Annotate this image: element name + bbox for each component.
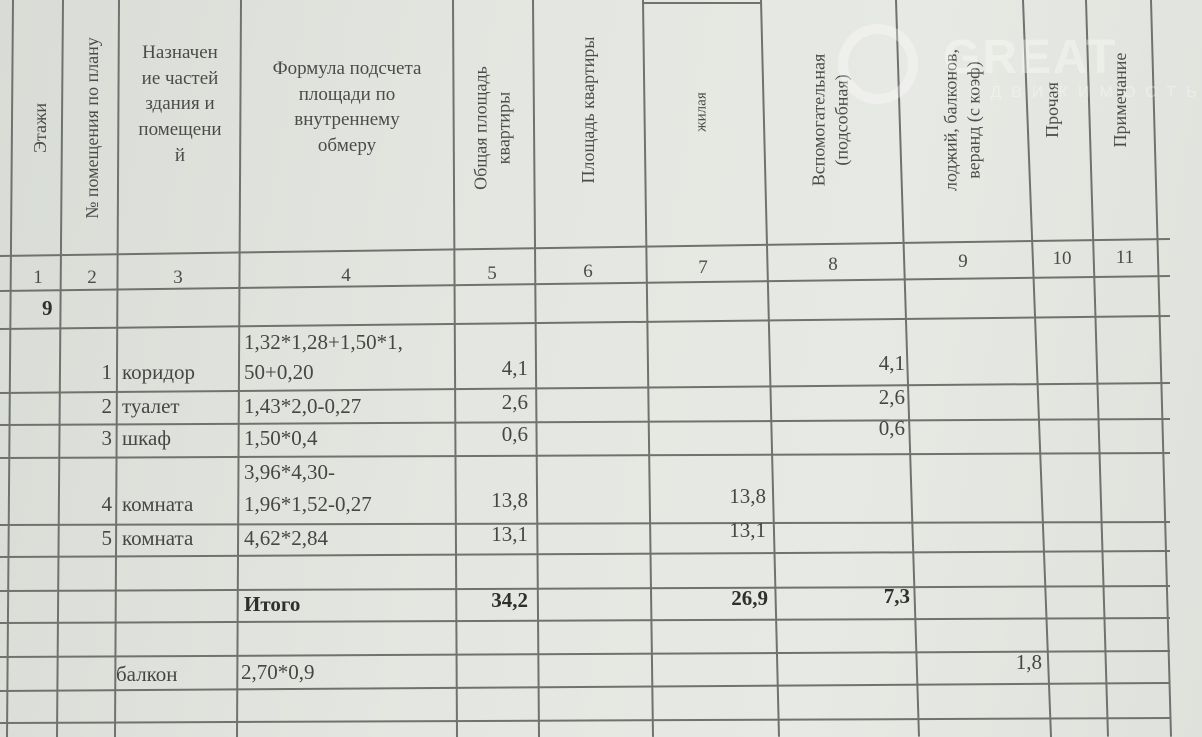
column-number: 9 bbox=[958, 252, 968, 271]
room-auxiliary-area: 2,6 bbox=[879, 387, 905, 408]
column-number: 11 bbox=[1116, 248, 1134, 267]
grid-vline bbox=[1085, 0, 1109, 737]
room-formula: 50+0,20 bbox=[244, 362, 314, 383]
column-number: 4 bbox=[341, 266, 351, 285]
floor-number: 9 bbox=[42, 298, 53, 319]
column-number: 6 bbox=[583, 262, 593, 281]
room-name: комната bbox=[122, 494, 193, 515]
room-formula: 3,96*4,30- bbox=[244, 462, 335, 483]
grid-vline bbox=[1150, 0, 1172, 737]
room-total-area: 0,6 bbox=[502, 424, 528, 445]
totals-living-area: 26,9 bbox=[731, 588, 768, 609]
grid-vline bbox=[532, 0, 540, 737]
grid-hline bbox=[642, 2, 762, 4]
header-apartment-area: Площадь квартиры bbox=[577, 36, 600, 183]
grid-hline bbox=[0, 315, 1170, 330]
room-total-area: 13,1 bbox=[491, 524, 528, 545]
room-name: туалет bbox=[122, 396, 180, 417]
room-formula: 1,43*2,0-0,27 bbox=[244, 396, 361, 417]
column-number: 1 bbox=[33, 268, 43, 287]
explication-table: Этажи№ помещения по плануНазначение част… bbox=[0, 0, 1202, 737]
grid-vline bbox=[236, 0, 242, 737]
grid-vline bbox=[6, 0, 14, 737]
room-living-area: 13,8 bbox=[729, 486, 766, 507]
room-formula: 1,50*0,4 bbox=[244, 428, 318, 449]
header-notes: Примечание bbox=[1109, 53, 1132, 148]
room-total-area: 4,1 bbox=[502, 358, 528, 379]
grid-vline bbox=[452, 0, 458, 737]
header-balconies: лоджий, балконов, веранд (с коэф) bbox=[940, 49, 985, 191]
header-total-area: Общая площадь квартиры bbox=[470, 66, 515, 190]
grid-hline bbox=[0, 521, 1170, 526]
header-auxiliary: Вспомогательная (подсобная) bbox=[808, 54, 853, 187]
room-auxiliary-area: 4,1 bbox=[879, 353, 905, 374]
grid-vline bbox=[114, 0, 120, 737]
room-number: 4 bbox=[102, 494, 113, 515]
header-living: жилая bbox=[693, 92, 712, 131]
grid-hline bbox=[0, 717, 1170, 724]
grid-hline bbox=[0, 617, 1170, 624]
grid-hline bbox=[0, 550, 1170, 558]
room-number: 1 bbox=[102, 362, 113, 383]
room-number: 5 bbox=[102, 528, 113, 549]
column-number: 3 bbox=[173, 268, 183, 287]
balcony-name: балкон bbox=[116, 664, 178, 685]
grid-vline bbox=[642, 0, 654, 737]
room-living-area: 13,1 bbox=[729, 520, 766, 541]
grid-hline bbox=[0, 238, 1170, 257]
column-number: 10 bbox=[1053, 249, 1072, 268]
header-room-number: № помещения по плану bbox=[81, 37, 104, 219]
room-name: коридор bbox=[122, 362, 195, 383]
column-number: 2 bbox=[87, 268, 97, 287]
room-total-area: 13,8 bbox=[491, 490, 528, 511]
balcony-formula: 2,70*0,9 bbox=[241, 662, 315, 683]
header-floors: Этажи bbox=[29, 103, 52, 153]
grid-hline bbox=[0, 585, 1170, 592]
room-name: шкаф bbox=[122, 428, 171, 449]
room-auxiliary-area: 0,6 bbox=[879, 418, 905, 439]
totals-label: Итого bbox=[244, 594, 300, 615]
room-number: 2 bbox=[102, 396, 113, 417]
totals-auxiliary-area: 7,3 bbox=[884, 586, 910, 607]
header-other: Прочая bbox=[1041, 82, 1064, 138]
header-formula: Формула подсчетаплощади повнутреннемуобм… bbox=[273, 56, 422, 159]
room-formula: 1,32*1,28+1,50*1, bbox=[244, 332, 403, 353]
grid-hline bbox=[0, 418, 1170, 426]
grid-vline bbox=[56, 0, 64, 737]
room-formula: 4,62*2,84 bbox=[244, 528, 328, 549]
column-number: 7 bbox=[698, 258, 708, 277]
room-name: комната bbox=[122, 528, 193, 549]
grid-hline bbox=[0, 650, 1170, 658]
room-formula: 1,96*1,52-0,27 bbox=[244, 494, 372, 515]
column-number: 5 bbox=[487, 264, 497, 283]
balcony-area: 1,8 bbox=[1016, 652, 1042, 673]
totals-total-area: 34,2 bbox=[491, 590, 528, 611]
room-total-area: 2,6 bbox=[502, 392, 528, 413]
grid-hline bbox=[0, 452, 1170, 459]
header-purpose: Назначение частейздания ипомещений bbox=[138, 40, 221, 168]
room-number: 3 bbox=[102, 428, 113, 449]
grid-vline bbox=[760, 0, 780, 737]
column-number: 8 bbox=[828, 255, 838, 274]
